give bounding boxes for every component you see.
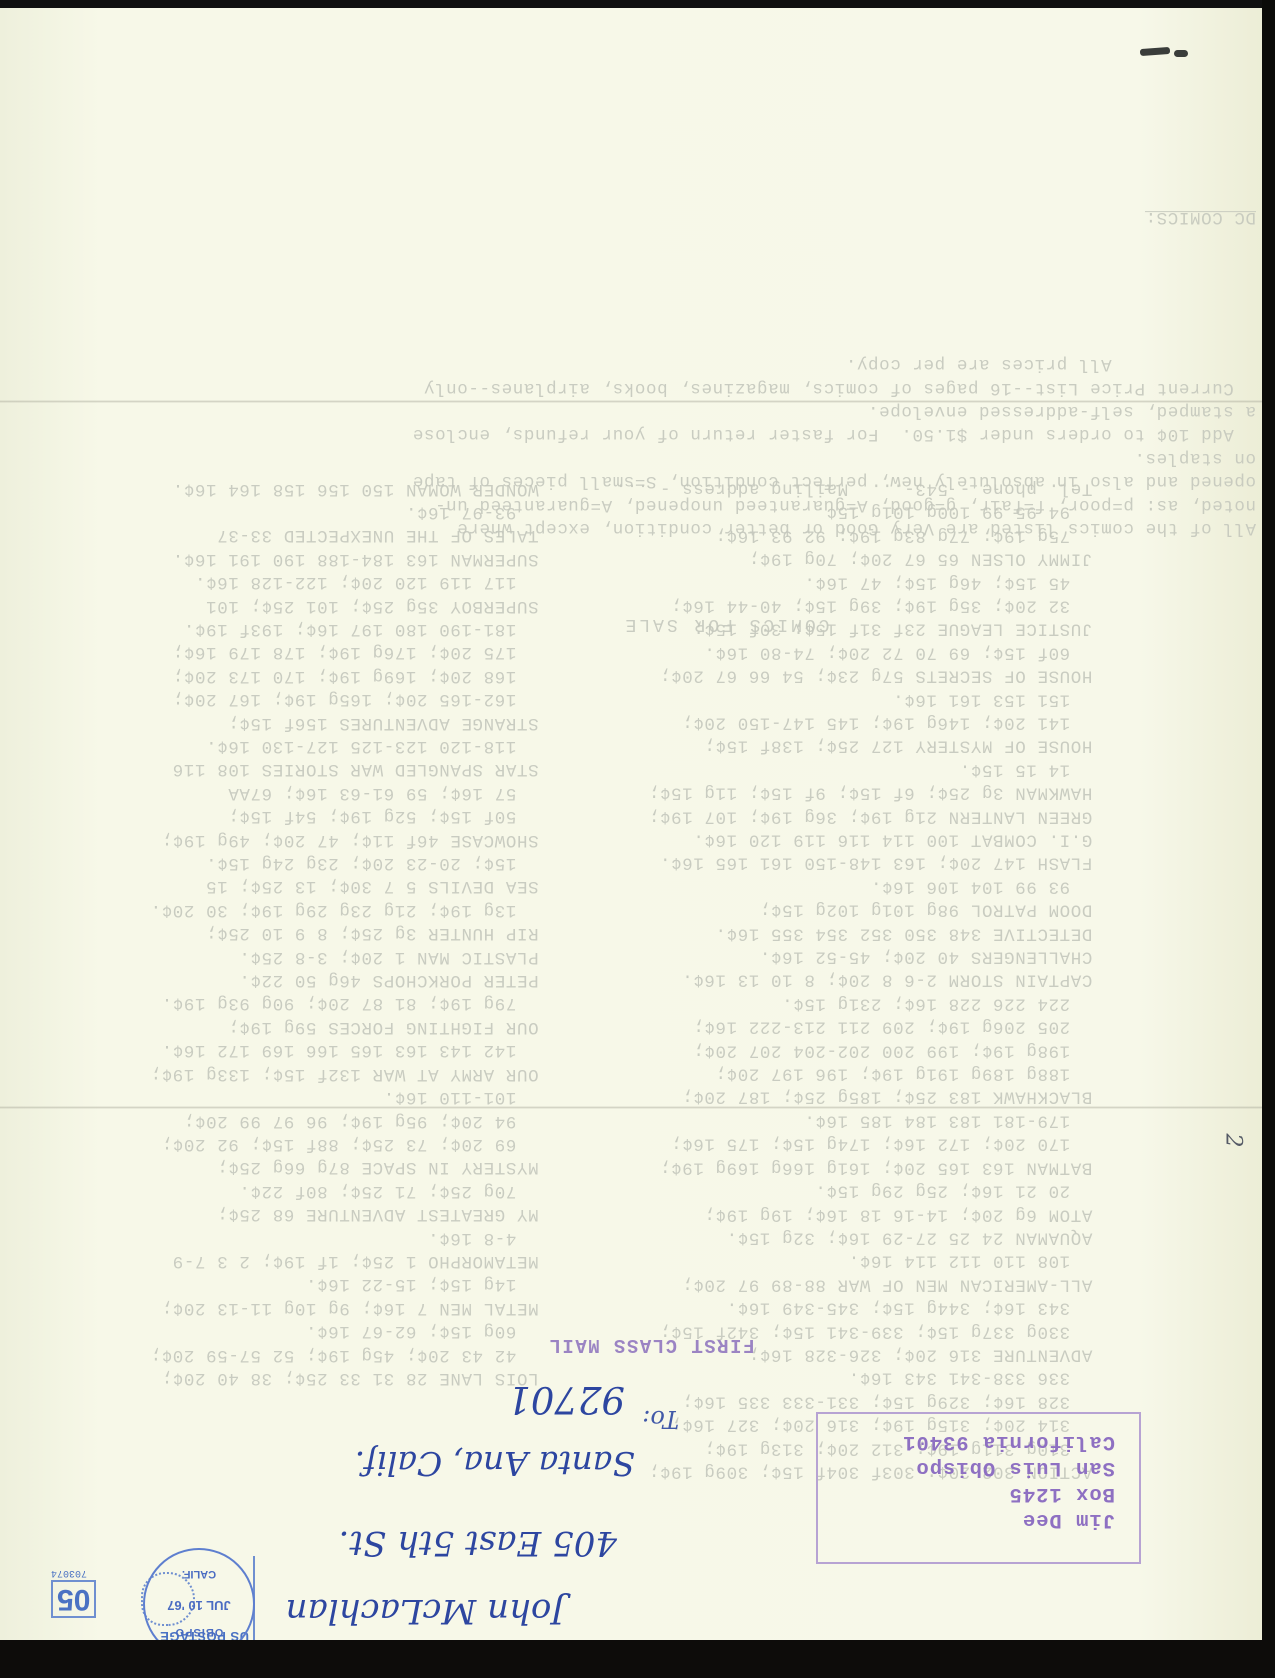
- price-list-line: Tel. phone - 543-... Mailing address - .…: [615, 476, 1092, 499]
- postage-value: 05: [51, 1580, 96, 1618]
- return-address-line: Box 1245: [902, 1480, 1115, 1506]
- price-list-line: 57 16¢; 59 61-63 16¢; 67AA: [150, 780, 539, 803]
- price-list-line: 75g 19¢; 77g 83g 19¢; 92 93 16¢;: [615, 523, 1092, 546]
- price-list-line: 14g 15¢; 15-22 16¢.: [150, 1272, 539, 1295]
- price-list-line: 168 20¢; 169g 19¢; 170 173 20¢;: [150, 663, 539, 686]
- first-class-mail-stamp: FIRST CLASS MAIL: [548, 1334, 754, 1356]
- price-list-line: JIMMY OLSEN 65 67 20¢; 70g 19¢;: [615, 546, 1092, 569]
- price-list-line: SUPERBOY 35g 25¢; 101 25¢; 101: [150, 593, 539, 616]
- price-list-line: HAWKMAN 3g 25¢; 6f 15¢; 9f 15¢; 11g 15¢;: [615, 780, 1092, 803]
- price-list-line: OUR ARMY AT WAR 132f 15¢; 133g 19¢;: [150, 1061, 539, 1084]
- price-list-line: 198g 19¢; 199 200 202-204 207 20¢;: [615, 1038, 1092, 1061]
- price-list-line: 93-97 16¢.: [150, 499, 539, 522]
- postmark-date: JUL 10 '67: [145, 1598, 253, 1613]
- price-list-line: 224 226 228 16¢; 231g 15¢.: [615, 991, 1092, 1014]
- price-list-line: SHOWCASE 46f 11¢; 47 20¢; 49g 19¢;: [150, 827, 539, 850]
- paper-sheet: 2 COMICS FOR SALE All of the comics list…: [0, 8, 1265, 1643]
- price-list-line: 175 20¢; 176g 19¢; 178 179 16¢;: [150, 640, 539, 663]
- price-list-line: 142 143 163 165 166 169 172 16¢.: [150, 1038, 539, 1061]
- price-list-line: 343 16¢; 344g 15¢; 345-349 16¢.: [615, 1295, 1092, 1318]
- price-list-line: ALL-AMERICAN MEN OF WAR 88-89 97 20¢;: [615, 1272, 1092, 1295]
- scan-border-right: [1262, 0, 1275, 1678]
- price-list-line: 60g 15¢; 62-67 16¢.: [150, 1319, 539, 1342]
- to-prefix: To:: [642, 1405, 679, 1433]
- bleed-through-left-column: ACTION 302 20¢; 303f 304f 15¢; 309g 19¢;…: [615, 476, 1092, 1482]
- intro-line: Current Price List--16 pages of comics, …: [196, 375, 1256, 398]
- price-list-line: 170 20¢; 172 16¢; 174g 15¢; 175 16¢;: [615, 1131, 1092, 1154]
- section-heading: DC COMICS:: [196, 205, 1256, 228]
- price-list-line: 42 43 20¢; 45g 19¢; 52 57-59 20¢;: [150, 1342, 539, 1365]
- price-list-line: 60f 15¢; 69 70 72 20¢; 74-80 16¢.: [615, 640, 1092, 663]
- price-list-line: HOUSE OF MYSTERY 127 25¢; 138f 15¢;: [615, 733, 1092, 756]
- price-list-line: 13g 19¢; 21g 23g 29g 19¢; 30 20¢.: [150, 897, 539, 920]
- bleed-through-right-column: LOIS LANE 28 31 33 25¢; 38 40 20¢; 42 43…: [150, 476, 539, 1389]
- price-list-line: 181-190 180 197 16¢; 193f 19¢.: [150, 616, 539, 639]
- price-list-line: SUPERMAN 163 184-188 190 191 16¢.: [150, 546, 539, 569]
- price-list-line: 14 15 15¢.: [615, 757, 1092, 780]
- price-list-line: DOOM PATROL 98g 101g 102g 15¢;: [615, 897, 1092, 920]
- price-list-line: 15¢; 20-23 20¢; 23g 24g 15¢.: [150, 851, 539, 874]
- price-list-line: 50f 15¢; 52g 19¢; 54f 15¢;: [150, 804, 539, 827]
- intro-line: a stamped, self-addressed envelope.: [196, 399, 1256, 422]
- price-list-line: RIP HUNTER 3g 25¢; 8 9 10 25¢;: [150, 921, 539, 944]
- price-list-line: STAR SPANGLED WAR STORIES 108 116: [150, 757, 539, 780]
- price-list-line: METAL MEN 7 16¢; 9g 10g 11-13 20¢;: [150, 1295, 539, 1318]
- price-list-line: MYSTERY IN SPACE 87g 66g 25¢;: [150, 1155, 539, 1178]
- recipient-name: John McLachlan: [286, 1591, 565, 1631]
- price-list-line: 45 15¢; 46g 15¢; 47 16¢.: [615, 570, 1092, 593]
- price-list-line: 179-181 183 184 185 16¢.: [615, 1108, 1092, 1131]
- intro-line: on staples.: [196, 445, 1256, 468]
- price-list-line: METAMORPHO 1 25¢; 1f 19¢; 2 3 7-9: [150, 1248, 539, 1271]
- pencil-dash-mark: [1140, 47, 1170, 56]
- return-address-line: San Luis Obispo: [902, 1454, 1115, 1480]
- price-list-line: 336 338-341 343 16¢.: [615, 1365, 1092, 1388]
- price-list-line: PLASTIC MAN 1 20¢; 3-8 25¢.: [150, 944, 539, 967]
- price-list-line: AQUAMAN 24 25 27-29 16¢; 32g 15¢.: [615, 1225, 1092, 1248]
- postmark-state: CALIF.: [145, 1568, 253, 1580]
- price-list-line: 141 20¢; 146g 19¢; 145 147-150 20¢;: [615, 710, 1092, 733]
- price-list-line: WONDER WOMAN 150 156 158 164 16¢.: [150, 476, 539, 499]
- price-list-line: GREEN LANTERN 21g 19¢; 36g 19¢; 107 19¢;: [615, 804, 1092, 827]
- return-address-lines: Jim DeeBox 1245San Luis ObispoCalifornia…: [902, 1428, 1115, 1532]
- price-list-line: DETECTIVE 348 350 352 354 355 16¢.: [615, 921, 1092, 944]
- pencil-dash-mark: [1174, 50, 1188, 57]
- price-list-line: 108 110 112 114 16¢.: [615, 1248, 1092, 1271]
- price-list-line: 32 20¢; 35g 19¢; 39g 15¢; 40-44 16¢;: [615, 593, 1092, 616]
- recipient-zip: 92701: [507, 1378, 625, 1421]
- price-list-line: 94 95 99 100g 101g 15¢.: [615, 499, 1092, 522]
- price-list-line: 328 16¢; 329g 15¢; 331-333 335 16¢;: [615, 1389, 1092, 1412]
- price-list-line: 70g 25¢; 71 25¢; 80f 22¢.: [150, 1178, 539, 1201]
- price-list-line: BATMAN 163 165 20¢; 161g 166g 169g 19¢;: [615, 1155, 1092, 1178]
- price-list-line: HOUSE OF SECRETS 57g 23¢; 54 66 67 20¢;: [615, 663, 1092, 686]
- price-list-line: 79g 19¢; 81 87 20¢; 90g 93g 19¢.: [150, 991, 539, 1014]
- margin-pencil-mark: 2: [1221, 1134, 1246, 1148]
- price-list-line: 101-110 16¢.: [150, 1085, 539, 1108]
- price-list-line: PETER PORKCHOPS 46g 50 22¢.: [150, 968, 539, 991]
- price-list-line: FLASH 147 20¢; 163 148-150 161 165 16¢.: [615, 851, 1092, 874]
- price-list-line: 93 99 104 106 16¢.: [615, 874, 1092, 897]
- meter-serial: 703074: [51, 1567, 87, 1578]
- price-list-line: 151 153 161 16¢.: [615, 687, 1092, 710]
- price-list-line: OUR FIGHTING FORCES 59g 19¢;: [150, 1014, 539, 1037]
- price-list-line: 162-165 20¢; 165g 19¢; 167 20¢;: [150, 687, 539, 710]
- return-address-line: California 93401: [902, 1428, 1115, 1454]
- scan-border-bottom: [0, 1640, 1275, 1678]
- price-list-line: STRANGE ADVENTURES 156f 15¢;: [150, 710, 539, 733]
- price-list-line: 188g 189g 191g 19¢; 196 197 20¢;: [615, 1061, 1092, 1084]
- price-list-line: 4-8 16¢.: [150, 1225, 539, 1248]
- price-list-line: SEA DEVILS 5 7 30¢; 13 25¢; 15: [150, 874, 539, 897]
- handwritten-recipient-address: To: John McLachlan 405 East 5th St. Sant…: [215, 1363, 635, 1633]
- recipient-street: 405 East 5th St.: [339, 1523, 617, 1563]
- price-list-line: CHALLENGERS 40 20¢; 45-52 16¢.: [615, 944, 1092, 967]
- recipient-city: Santa Ana, Calif.: [355, 1444, 635, 1483]
- price-list-line: 94 20¢; 95g 19¢; 96 97 99 20¢;: [150, 1108, 539, 1131]
- intro-line: All prices are per copy.: [196, 352, 1256, 375]
- intro-line: Add 10¢ to orders under $1.50. For faste…: [196, 422, 1256, 445]
- price-list-line: TALES OF THE UNEXPECTED 33-37: [150, 523, 539, 546]
- price-list-line: 117 119 120 20¢; 122-128 16¢.: [150, 570, 539, 593]
- price-list-line: 69 20¢; 73 25¢; 88f 15¢; 92 20¢;: [150, 1131, 539, 1154]
- price-list-line: MY GREATEST ADVENTURE 68 25¢;: [150, 1202, 539, 1225]
- price-list-line: ATOM 6g 20¢; 14-16 18 16¢; 19g 19¢;: [615, 1202, 1092, 1225]
- return-address-line: Jim Dee: [902, 1506, 1115, 1532]
- price-list-line: CAPTAIN STORM 2-6 8 20¢; 8 10 13 16¢.: [615, 968, 1092, 991]
- price-list-line: 118-120 123-125 127-130 16¢.: [150, 733, 539, 756]
- price-list-line: 20 21 16¢; 25g 29g 15¢.: [615, 1178, 1092, 1201]
- price-list-line: JUSTICE LEAGUE 23f 31f 15¢; 30f 15¢;: [615, 616, 1092, 639]
- price-list-line: 205 206g 19¢; 209 211 213-222 16¢;: [615, 1014, 1092, 1037]
- return-address-stamp: Jim DeeBox 1245San Luis ObispoCalifornia…: [816, 1412, 1141, 1564]
- price-list-line: BLACKHAWK 183 25¢; 185g 25¢; 187 20¢;: [615, 1085, 1092, 1108]
- price-list-line: G.I. COMBAT 100 114 116 119 120 16¢.: [615, 827, 1092, 850]
